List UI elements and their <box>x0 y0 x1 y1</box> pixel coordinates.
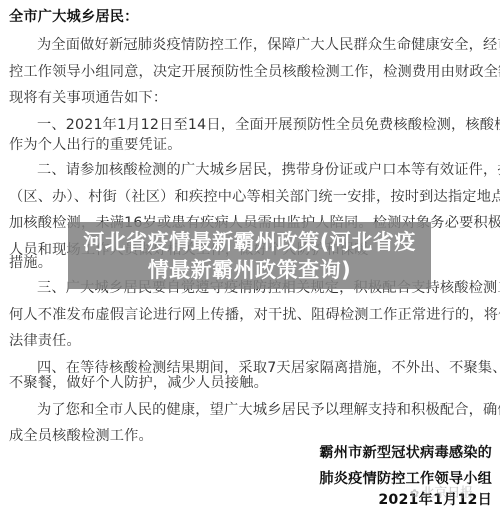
banner-title-line1: 河北省疫情最新霸州政策(河北省疫 <box>83 228 416 256</box>
paragraph-line: 二、请参加核酸检测的广大城乡居民，携带身份证或户口本等有效证件，按照乡镇 <box>37 162 493 178</box>
banner-title-line2: 情最新霸州政策查询) <box>148 256 352 284</box>
salutation: 全市广大城乡居民： <box>9 9 493 25</box>
title-banner: 河北省疫情最新霸州政策(河北省疫 情最新霸州政策查询) <box>68 222 431 289</box>
paragraph-line: 四、在等待核酸检测结果期间，采取7天居家隔离措施，不外出、不聚集、不扎堆、 <box>37 360 493 376</box>
paragraph-line: 控工作领导小组同意，决定开展预防性全员核酸检测工作，检测费用由财政全额承担。 <box>9 64 493 80</box>
paragraph-line: 不聚餐，做好个人防护，减少人员接触。 <box>9 375 493 391</box>
paragraph-line: 为了您和全市人民的健康，望广大城乡居民予以理解支持和积极配合，确保顺利完 <box>37 402 493 418</box>
paragraph-line: 何人不准发布虚假言论进行网上传播，对干扰、阻碍检测工作正常进行的，将依法追究 <box>9 307 493 323</box>
paragraph-line: 现将有关事项通告如下： <box>9 90 493 106</box>
paragraph-line: 法律责任。 <box>9 333 493 349</box>
paragraph-line: 作为个人出行的重要凭证。 <box>9 137 493 153</box>
paragraph-line: 一、2021年1月12日至14日，全面开展预防性全员免费核酸检测，核酸检测结果将 <box>37 117 493 133</box>
wechat-icon: ✿ <box>410 487 419 500</box>
paragraph-line: 成全员核酸检测工作。 <box>9 428 493 444</box>
signature-org-line1: 霸州市新型冠状病毒感染的 <box>319 445 492 461</box>
watermark: ✿北京日报 <box>410 482 473 501</box>
paragraph-line: （区、办）、村街（社区）和疾控中心等相关部门统一安排，按时到达指定地点有序参 <box>9 189 493 205</box>
paragraph-line: 为全面做好新冠肺炎疫情防控工作，保障广大人民群众生命健康安全，经市疫情防 <box>37 37 493 53</box>
watermark-text: 北京日报 <box>421 486 473 501</box>
